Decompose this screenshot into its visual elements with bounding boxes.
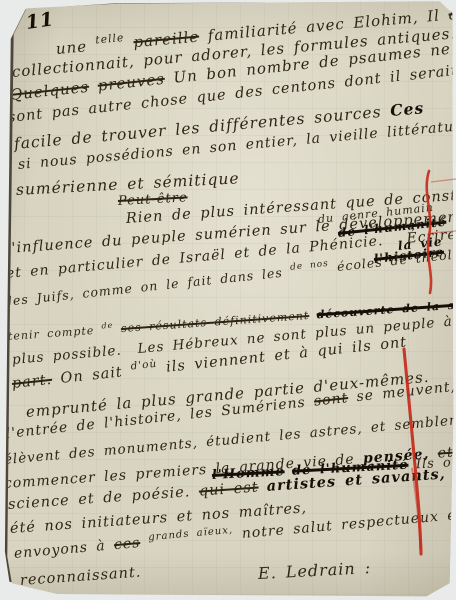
inserted-text: de — [101, 321, 113, 331]
handwriting-text: tenir compte — [8, 323, 103, 343]
struck-text: preuves — [97, 70, 166, 95]
handwriting-text: Ces — [389, 98, 424, 120]
handwriting-line: reconnaissant. — [19, 565, 141, 589]
handwriting-text: On sait — [51, 364, 132, 388]
handwriting-text: envoyons à — [13, 537, 114, 562]
handwriting-text: 11 — [24, 8, 55, 34]
signature: E. Ledrain : — [258, 558, 372, 583]
manuscript-page: 11une telle pareille familiarité avec El… — [0, 0, 456, 600]
struck-text: avait — [448, 2, 456, 24]
inserted-text: de nos — [290, 259, 330, 273]
handwriting-text: une — [55, 37, 96, 58]
struck-text: part. — [11, 372, 53, 392]
struck-text: Quelques — [9, 78, 90, 104]
struck-text: qui est — [198, 480, 259, 500]
page-number: 11 — [24, 8, 55, 34]
inserted-text: d'où — [130, 357, 158, 372]
handwriting-text: reconnaissant. — [19, 565, 141, 589]
inserted-text: telle — [95, 31, 125, 46]
photograph-of-manuscript: 11une telle pareille familiarité avec El… — [0, 0, 456, 600]
handwriting-line: Peut-être — [118, 190, 188, 209]
struck-text: ces — [113, 535, 141, 553]
inserted-text: grands aïeux, — [148, 525, 234, 543]
struck-text: sont — [313, 390, 349, 409]
handwriting-text: E. Ledrain : — [258, 558, 372, 583]
struck-text: Peut-être — [118, 190, 188, 209]
